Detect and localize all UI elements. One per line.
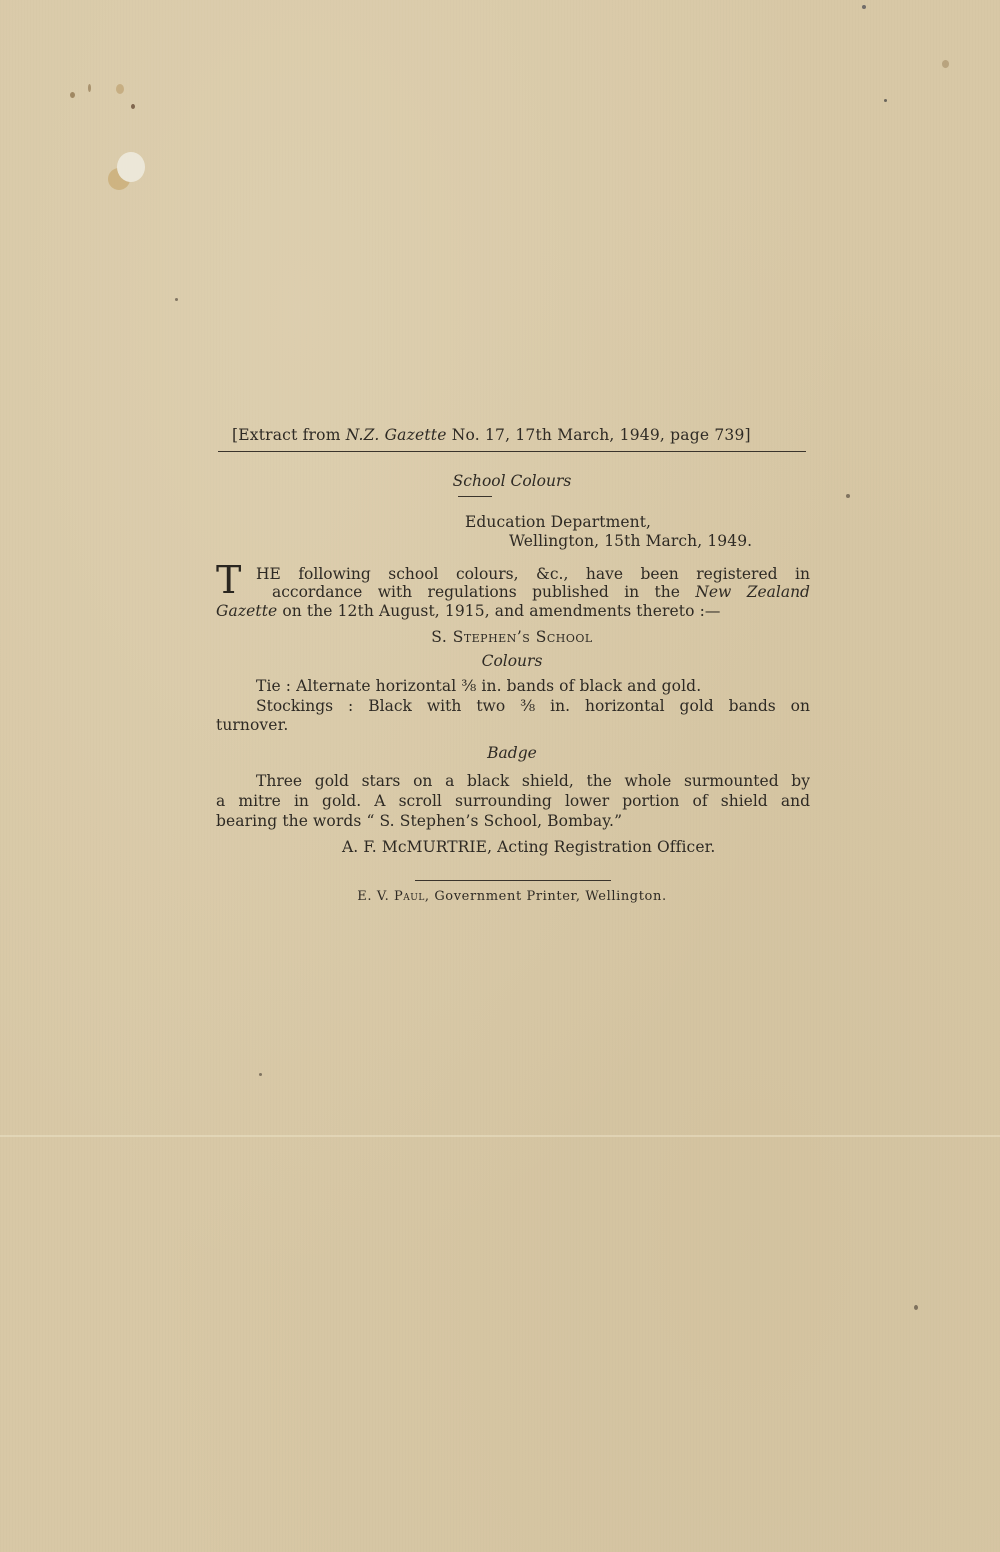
badge-line-1: Three gold stars on a black shield, the … bbox=[256, 772, 810, 790]
colours-heading: Colours bbox=[216, 652, 808, 670]
paper-speck bbox=[846, 494, 850, 498]
intro-line-2: accordance with regulations published in… bbox=[272, 583, 810, 601]
badge-line-2: a mitre in gold. A scroll surrounding lo… bbox=[216, 792, 810, 810]
printer-surname: Paul bbox=[394, 889, 425, 904]
paper-speck bbox=[131, 104, 135, 109]
stockings-description-line-2: turnover. bbox=[216, 716, 288, 734]
badge-line-3: bearing the words “ S. Stephen’s School,… bbox=[216, 812, 622, 830]
tie-description: Tie : Alternate horizontal ⅜ in. bands o… bbox=[256, 677, 701, 695]
intro-line-3: Gazette on the 12th August, 1915, and am… bbox=[216, 602, 721, 620]
paper-speck bbox=[116, 84, 124, 94]
badge-heading: Badge bbox=[216, 744, 808, 762]
paper-speck bbox=[862, 5, 866, 9]
paper-speck bbox=[914, 1305, 918, 1310]
extract-suffix: No. 17, 17th March, 1949, page 739] bbox=[447, 426, 751, 444]
dateline-place-date: Wellington, 15th March, 1949. bbox=[509, 532, 752, 550]
intro-line-3-text: on the 12th August, 1915, and amendments… bbox=[277, 602, 720, 620]
school-name: S. Stephen’s School bbox=[216, 628, 808, 646]
intro-line-1: HE following school colours, &c., have b… bbox=[256, 565, 810, 583]
signature: A. F. McMURTRIE, Acting Registration Off… bbox=[342, 838, 715, 856]
intro-line-3-italic: Gazette bbox=[216, 602, 277, 620]
paper-fold-line bbox=[0, 1135, 1000, 1137]
title-dash bbox=[458, 496, 492, 498]
drop-cap: T bbox=[216, 563, 241, 597]
dateline-department: Education Department, bbox=[465, 513, 651, 531]
paper-speck bbox=[70, 92, 75, 98]
printer-rest: , Government Printer, Wellington. bbox=[425, 889, 667, 904]
gazette-name: N.Z. Gazette bbox=[346, 426, 447, 444]
extract-header: [Extract from N.Z. Gazette No. 17, 17th … bbox=[232, 426, 751, 444]
intro-line-2-text: accordance with regulations published in… bbox=[272, 583, 695, 601]
printer-imprint: E. V. Paul, Government Printer, Wellingt… bbox=[216, 889, 808, 905]
intro-line-2-italic: New Zealand bbox=[695, 583, 810, 601]
printer-initials: E. V. bbox=[357, 889, 394, 904]
extract-prefix: [Extract from bbox=[232, 426, 346, 444]
punch-hole bbox=[117, 152, 145, 182]
imprint-rule bbox=[415, 880, 611, 882]
paper-speck bbox=[259, 1073, 262, 1076]
paper-speck bbox=[942, 60, 949, 68]
stockings-description-line-1: Stockings : Black with two ⅜ in. horizon… bbox=[256, 697, 810, 715]
header-rule bbox=[218, 451, 806, 453]
notice-title: School Colours bbox=[216, 472, 808, 490]
paper-speck bbox=[88, 84, 91, 92]
paper-speck bbox=[884, 99, 887, 102]
paper-speck bbox=[175, 298, 178, 301]
document-page: [Extract from N.Z. Gazette No. 17, 17th … bbox=[0, 0, 1000, 1552]
